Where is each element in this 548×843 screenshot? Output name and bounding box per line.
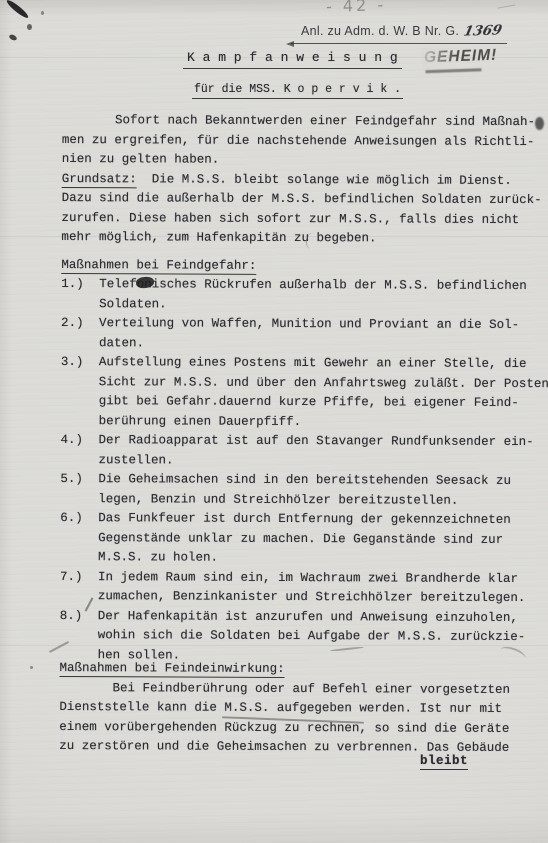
measure-item: 4.) Der Radioapparat ist auf den Stavang…	[60, 431, 548, 472]
text-line: einem vorübergehenden Rückzug zu rechnen…	[59, 717, 547, 739]
item-text: Das Funkfeuer ist durch Entfernung der g…	[98, 509, 511, 569]
measure-item: 8.) Der Hafenkapitän ist anzurufen und A…	[60, 606, 548, 667]
document-title: K a m p f a n w e i s u n g	[183, 50, 402, 69]
stamp-underline	[425, 68, 481, 73]
text-line: Das Funkfeuer ist durch Entfernung der g…	[98, 509, 511, 530]
item-text: In jedem Raum sind ein, im Wachraum zwei…	[98, 568, 526, 609]
heading-text: Maßnahmen bei Feindeinwirkung:	[60, 661, 285, 678]
measure-item: 7.) In jedem Raum sind ein, im Wachraum …	[60, 567, 548, 608]
geheim-stamp: GEHEIM!	[424, 47, 498, 68]
item-number: 5.)	[60, 470, 98, 509]
text-line: Gegenstände unklar zu machen. Die Gegans…	[98, 529, 511, 550]
text-line: zu zerstören und die Geheimsachen zu ver…	[59, 737, 547, 759]
text-line: mehr möglich, zum Hafenkapitän zu begebe…	[61, 228, 548, 250]
text-line: men zu ergreifen, für die nachstehende A…	[62, 130, 548, 152]
text-line: legen, Benzin und Streichhölzer bereitzu…	[98, 490, 511, 511]
text-line: In jedem Raum sind ein, im Wachraum zwei…	[98, 568, 526, 589]
ink-splatter	[5, 0, 30, 20]
item-text: Der Radioapparat ist auf den Stavanger R…	[98, 431, 533, 472]
text-line: Aufstellung eines Postens mit Gewehr an …	[99, 353, 548, 374]
reference-line: Anl. zu Adm. d. W. B Nr. G.1369	[291, 22, 507, 44]
grundsatz-line: Grundsatz: Die M.S.S. bleibt solange wie…	[62, 169, 548, 191]
document-body: Sofort nach Bekanntwerden einer Feindgef…	[59, 111, 548, 759]
text-line: zustellen.	[98, 451, 533, 472]
text-line: Die Geheimsachen sind in den bereitstehe…	[98, 470, 511, 491]
item-text: Verteilung von Waffen, Munition und Prov…	[99, 314, 519, 355]
catchword-text: bleibt	[420, 754, 468, 770]
item-number: 6.)	[60, 509, 98, 568]
text-line: Sofort nach Bekanntwerden einer Feindgef…	[62, 111, 548, 133]
measure-item: 2.) Verteilung von Waffen, Munition und …	[61, 314, 548, 355]
item-number: 7.)	[60, 567, 98, 606]
item-text: Die Geheimsachen sind in den bereitstehe…	[98, 470, 511, 511]
text-line: berührung einen Dauerpfiff.	[99, 412, 548, 433]
measure-item: 3.) Aufstellung eines Postens mit Gewehr…	[61, 353, 548, 433]
text-line: Sicht zur M.S.S. und über den Anfahrtswe…	[99, 373, 548, 394]
item-text: Der Hafenkapitän ist anzurufen und Anwei…	[98, 607, 526, 667]
scanned-document-page: - 42 - Anl. zu Adm. d. W. B Nr. G.1369 K…	[0, 0, 548, 843]
pencil-mark	[497, 5, 516, 17]
text-line: Der Hafenkapitän ist anzurufen und Anwei…	[98, 607, 526, 628]
measure-item: 6.) Das Funkfeuer ist durch Entfernung d…	[60, 509, 548, 570]
item-number: 4.)	[60, 431, 98, 470]
ink-splatter	[8, 34, 17, 42]
item-number: 1.)	[61, 275, 99, 314]
text-line: zurufen. Diese haben sich sofort zur M.S…	[61, 208, 548, 230]
page-number: - 42 -	[326, 0, 387, 16]
document-subtitle: für die MSS. K o p e r v i k .	[192, 83, 403, 99]
measure-item: 1.) Telefonisches Rückrufen außerhalb de…	[61, 275, 548, 316]
text-line: M.S.S. zu holen.	[98, 548, 511, 569]
text-line: Die M.S.S. bleibt solange wie möglich im…	[137, 172, 512, 188]
text-line: Bei Feindberührung oder auf Befehl einer…	[59, 678, 547, 700]
reference-number-handwritten: 1369	[462, 22, 503, 39]
text-line: Soldaten.	[99, 295, 527, 316]
ink-splatter	[41, 11, 44, 15]
text-line: wohin sich die Soldaten bei Aufgabe der …	[98, 626, 526, 647]
underline-arrow-icon	[286, 41, 294, 47]
measure-item: 5.) Die Geheimsachen sind in den bereits…	[60, 470, 548, 511]
grundsatz-label: Grundsatz:	[62, 171, 137, 187]
ink-splatter	[27, 24, 32, 30]
text-line: Dienststelle kann die M.S.S. aufgegeben …	[59, 698, 547, 720]
section-heading-feindgefahr: Maßnahmen bei Feindgefahr:	[61, 255, 548, 277]
text-line: daten.	[99, 334, 519, 355]
text-line: Dazu sind die außerhalb der M.S.S. befin…	[62, 189, 548, 211]
item-number: 3.)	[61, 353, 99, 431]
text-line: Der Radioapparat ist auf den Stavanger R…	[99, 431, 534, 452]
catchword: bleibt	[420, 754, 468, 768]
text-line: nien zu gelten haben.	[62, 150, 548, 172]
text-line: zumachen, Benzinkanister und Streichhölz…	[98, 587, 526, 608]
stamp-text: GEHEIM!	[424, 47, 498, 68]
reference-text: Anl. zu Adm. d. W. B Nr. G.	[301, 24, 459, 38]
pencil-mark	[30, 666, 33, 669]
text-line: gibt bei Gefahr.dauernd kurze Pfiffe, be…	[99, 392, 548, 413]
heading-text: Maßnahmen bei Feindgefahr:	[61, 257, 256, 274]
text-line: Verteilung von Waffen, Munition und Prov…	[99, 314, 519, 335]
item-text: Telefonisches Rückrufen außerhalb der M.…	[99, 275, 527, 316]
text-line: Telefonisches Rückrufen außerhalb der M.…	[99, 275, 527, 296]
item-number: 8.)	[60, 606, 98, 665]
item-text: Aufstellung eines Postens mit Gewehr an …	[99, 353, 548, 433]
item-number: 2.)	[61, 314, 99, 353]
